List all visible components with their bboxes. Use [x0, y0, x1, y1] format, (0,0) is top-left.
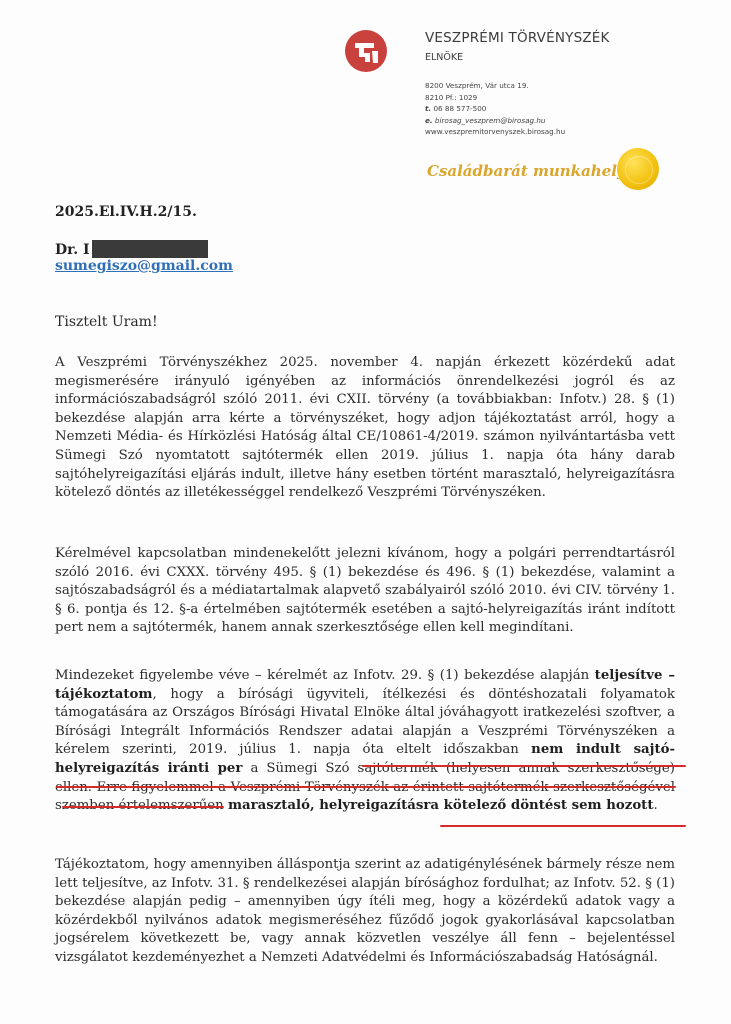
contact-block: 8200 Veszprém, Vár utca 19. 8210 Pf.: 10… [425, 80, 565, 138]
po-box-line: 8210 Pf.: 1029 [425, 92, 565, 104]
letterhead: VESZPRÉMI TÖRVÉNYSZÉK ELNÖKE 8200 Veszpr… [0, 0, 731, 200]
phone-line: t. 06 88 577-500 [425, 103, 565, 115]
answer-bold-3: marasztaló, helyreigazításra kötelező dö… [228, 798, 654, 813]
court-name: VESZPRÉMI TÖRVÉNYSZÉK [425, 30, 610, 46]
phone-label: t. [425, 104, 431, 113]
court-logo-icon [344, 29, 388, 73]
address-line: 8200 Veszprém, Vár utca 19. [425, 80, 565, 92]
court-subtitle: ELNÖKE [425, 52, 463, 63]
red-underline-annotation [56, 786, 676, 788]
answer-text-4: . [653, 798, 657, 813]
phone-number: 06 88 577-500 [433, 104, 486, 113]
red-underline-annotation [62, 806, 224, 808]
gold-medal-icon [617, 148, 659, 190]
reference-number: 2025.El.IV.H.2/15. [55, 204, 197, 220]
addressee-email[interactable]: sumegiszo@gmail.com [55, 258, 233, 274]
court-email[interactable]: birosag_veszprem@birosag.hu [435, 116, 546, 125]
paragraph-request: A Veszprémi Törvényszékhez 2025. novembe… [55, 354, 675, 503]
addressee-name: Dr. I [55, 240, 208, 258]
addressee-title: Dr. I [55, 242, 90, 258]
salutation: Tisztelt Uram! [55, 314, 158, 330]
red-underline-annotation [440, 825, 686, 827]
family-friendly-label: Családbarát munkahely [427, 162, 626, 180]
court-website[interactable]: www.veszpremitorvenyszek.birosag.hu [425, 126, 565, 138]
paragraph-remedies: Tájékoztatom, hogy amennyiben álláspontj… [55, 856, 675, 968]
email-label: e. [425, 116, 433, 125]
paragraph-legal-note: Kérelmével kapcsolatban mindenekelőtt je… [55, 545, 675, 638]
paragraph-answer: Mindezeket figyelembe véve – kérelmét az… [55, 667, 675, 816]
answer-text-1: Mindezeket figyelembe véve – kérelmét az… [55, 668, 595, 683]
redaction-box [92, 240, 208, 258]
email-line: e. birosag_veszprem@birosag.hu [425, 115, 565, 127]
red-underline-annotation [362, 765, 686, 767]
